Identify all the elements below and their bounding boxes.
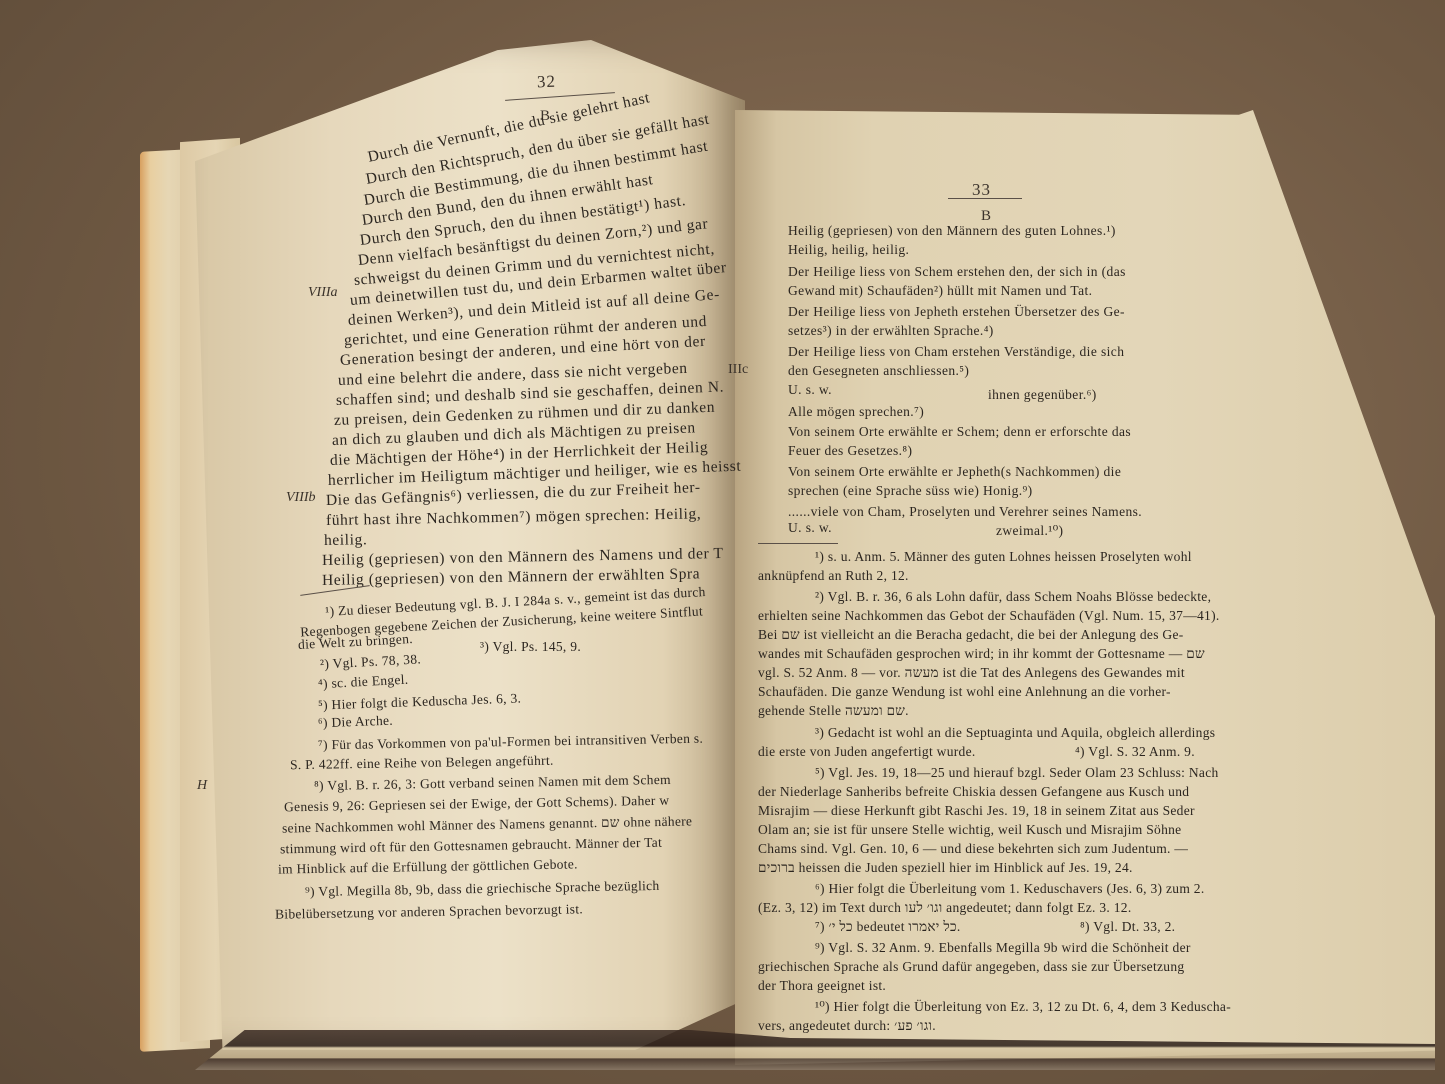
body-line: Alle mögen sprechen.⁷): [788, 405, 924, 419]
body-line: Der Heilige liess von Jepheth erstehen Ü…: [788, 305, 1125, 319]
body-line: zweimal.¹⁰): [996, 524, 1063, 538]
body-line: Gewand mit) Schaufäden²) hüllt mit Namen…: [788, 284, 1092, 298]
body-line: Der Heilige liess von Cham erstehen Vers…: [788, 345, 1124, 359]
margin-label: VIIIb: [286, 490, 316, 506]
footnote: ⁷) כל י׳ bedeutet כל יאמרו.: [815, 920, 961, 934]
page-number: 33: [972, 180, 991, 200]
footnote: der Thora geeignet ist.: [758, 979, 886, 993]
body-line: U. s. w.: [788, 521, 832, 535]
footnote: ⁸) Vgl. Dt. 33, 2.: [1080, 920, 1175, 934]
margin-label: VIIIa: [308, 285, 338, 301]
footnote: Bei שם ist vielleicht an die Beracha ged…: [758, 628, 1184, 642]
body-line: Heilig (gepriesen) von den Männern des g…: [788, 224, 1116, 238]
body-line: ......viele von Cham, Proselyten und Ver…: [788, 505, 1142, 519]
footnote: ⁹) Vgl. S. 32 Anm. 9. Ebenfalls Megilla …: [815, 941, 1191, 955]
footnote: ²) Vgl. B. r. 36, 6 als Lohn dafür, dass…: [815, 590, 1211, 604]
footnote: griechischen Sprache als Grund dafür ang…: [758, 960, 1184, 974]
footnote: gehende Stelle שם ומעשה.: [758, 704, 909, 718]
footnote: ¹) s. u. Anm. 5. Männer des guten Lohnes…: [815, 550, 1192, 564]
footnote: ⁶) Die Arche.: [318, 714, 393, 730]
footnote: Olam an; sie ist für unsere Stelle wicht…: [758, 823, 1181, 837]
body-line: Von seinem Orte erwählte er Jepheth(s Na…: [788, 465, 1121, 479]
open-book: [0, 0, 1445, 1084]
footnote: erhielten seine Nachkommen das Gebot der…: [758, 609, 1220, 623]
page-number: 32: [537, 72, 557, 93]
header-rule: [948, 198, 1022, 199]
footnote: ברוכים heissen die Juden speziell hier i…: [758, 861, 1133, 875]
footnote: ⁵) Vgl. Jes. 19, 18—25 und hierauf bzgl.…: [815, 766, 1219, 780]
body-line: Heilig, heilig, heilig.: [788, 243, 909, 257]
footnote: ¹⁰) Hier folgt die Überleitung von Ez. 3…: [815, 1000, 1231, 1014]
footnote: ³) Vgl. Ps. 145, 9.: [480, 640, 581, 654]
body-line: Von seinem Orte erwählte er Schem; denn …: [788, 425, 1131, 439]
footnote: (Ez. 3, 12) im Text durch וגו׳ לעו anged…: [758, 901, 1132, 915]
footnote: ³) Gedacht ist wohl an die Septuaginta u…: [815, 726, 1215, 740]
footnote: vers, angedeutet durch: וגו׳ פע׳.: [758, 1019, 936, 1033]
body-line: den Gesegneten anschliessen.⁵): [788, 364, 969, 378]
body-line: Feuer des Gesetzes.⁸): [788, 444, 912, 458]
footnote: ⁶) Hier folgt die Überleitung vom 1. Ked…: [815, 882, 1205, 896]
footnote: wandes mit Schaufäden gesprochen wird; i…: [758, 647, 1205, 661]
footnote: der Niederlage Sanheribs befreite Chiski…: [758, 785, 1189, 799]
footnote: Misrajim — diese Herkunft gibt Raschi Je…: [758, 804, 1195, 818]
footnote: ⁴) Vgl. S. 32 Anm. 9.: [1075, 745, 1195, 759]
gutter-label: IIIc: [728, 362, 748, 378]
footnote: vgl. S. 52 Anm. 8 — vor. מעשה ist die Ta…: [758, 666, 1185, 680]
footnote-rule: [758, 543, 838, 544]
body-line: U. s. w.: [788, 383, 832, 397]
footnote: die erste von Juden angefertigt wurde.: [758, 745, 976, 759]
body-line: Der Heilige liess von Schem erstehen den…: [788, 265, 1126, 279]
margin-label: H: [197, 778, 207, 794]
footnote: anknüpfend an Ruth 2, 12.: [758, 569, 909, 583]
body-line: sprechen (eine Sprache süss wie) Honig.⁹…: [788, 484, 1033, 498]
footnote: Schaufäden. Die ganze Wendung ist wohl e…: [758, 685, 1171, 699]
body-line: ihnen gegenüber.⁶): [988, 388, 1097, 402]
body-line: setzes³) in der erwählten Sprache.⁴): [788, 324, 994, 338]
body-line: heilig.: [324, 532, 368, 548]
footnote: Chams sind. Vgl. Gen. 10, 6 — und diese …: [758, 842, 1188, 856]
